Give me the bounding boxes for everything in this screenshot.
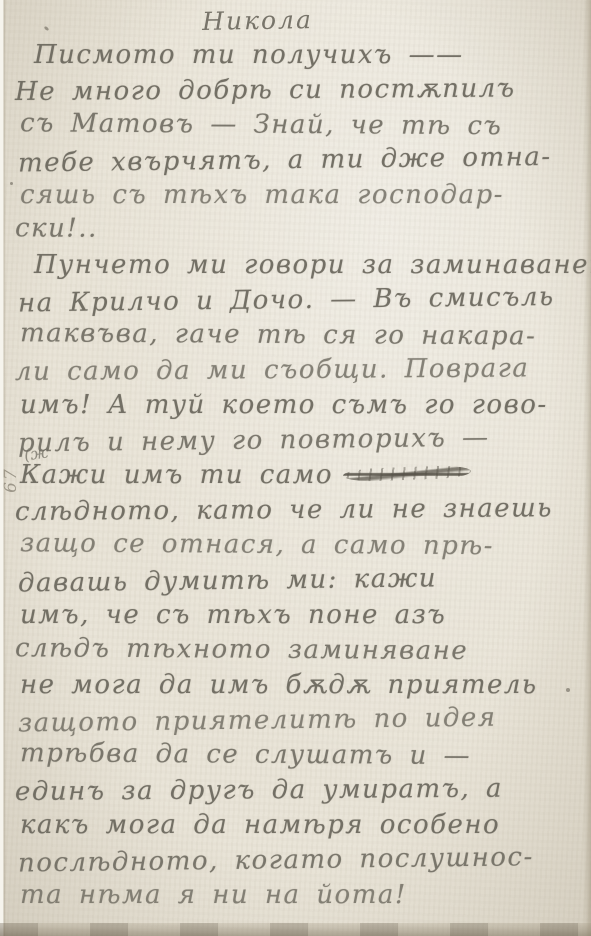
handwriting-line: рилъ и нему го повторихъ — (18, 419, 591, 461)
handwriting-line: Писмото ти получихъ —— (34, 38, 591, 73)
handwriting-line: какъ мога да намѣря особено (20, 808, 591, 843)
handwriting-line: единъ за другъ да умиратъ, а (15, 771, 591, 810)
paper-speck (10, 182, 13, 185)
handwriting-line: таквъва, гаче тѣ ся го накара- (20, 316, 591, 354)
letter-body: Писмото ти получихъ —— Не много добрѣ си… (20, 38, 591, 913)
handwriting-line: слѣдъ тѣхното заминяване (15, 631, 591, 670)
margin-correction-mark: (ж (23, 442, 50, 464)
handwriting-line: давашь думитѣ ми: кажи (18, 559, 591, 601)
salutation: Никола (0, 1, 553, 40)
handwriting-line: Кажи имъ ти само (20, 458, 591, 493)
handwriting-line: та нѣма я ни на йота! (20, 878, 591, 913)
handwriting-line: сяшь съ тѣхъ така господар- (20, 178, 591, 213)
handwriting-line: ски!.. (15, 211, 591, 250)
handwriting-line: слѣдното, като че ли не знаешь (15, 491, 591, 530)
handwriting-line: не мога да имъ бѫдѫ приятель (20, 668, 591, 703)
handwriting-line: трѣбва да се слушатъ и — (20, 736, 591, 774)
handwriting-line: ли само да ми съобщи. Поврага (15, 351, 591, 390)
handwriting-line: Пунчето ми говори за заминаването (34, 248, 591, 283)
paper-bottom-edge (0, 923, 591, 936)
paper-left-edge (0, 0, 6, 936)
handwriting-line: на Крилчо и Дочо. — Въ смисъль (18, 279, 591, 321)
handwriting-line: защото приятелитѣ по идея (18, 699, 591, 741)
handwriting-line: послѣдното, когато послушнос- (18, 839, 591, 881)
handwriting-line: тебе хвърчятъ, а ти дже отна- (18, 139, 591, 181)
letter-scan-page: Никола 67 (ж Писмото ти получихъ —— Не м… (0, 0, 591, 936)
handwriting-line-text: Кажи имъ ти само (20, 460, 333, 490)
paper-speck (566, 688, 570, 692)
handwriting-line: имъ! А туй което съмъ го гово- (20, 388, 591, 423)
handwriting-line: съ Матовъ — Знай, че тѣ съ (20, 106, 591, 144)
handwriting-line: имъ, че съ тѣхъ поне азъ (20, 598, 591, 633)
handwriting-line: защо се отнася, а само прѣ- (20, 526, 591, 564)
scribbled-out-word (343, 464, 471, 481)
handwriting-line: Не много добрѣ си постѫпилъ (15, 71, 591, 110)
paper-right-edge (583, 0, 591, 936)
